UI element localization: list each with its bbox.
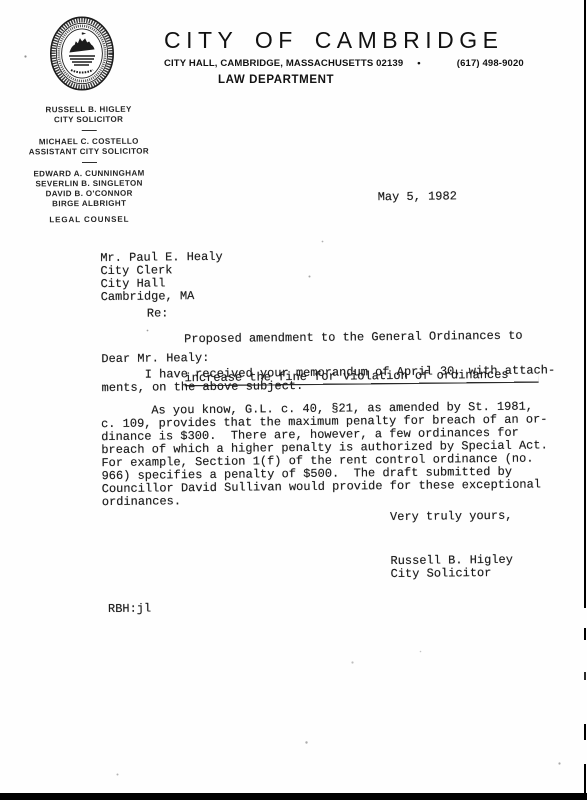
letter-date: May 5, 1982 xyxy=(378,190,457,204)
paragraph-2: As you know, G.L. c. 40, §21, as amended… xyxy=(101,400,549,509)
salutation: Dear Mr. Healy: xyxy=(101,352,209,366)
re-label: Re: xyxy=(147,307,169,320)
re-subject: Proposed amendment to the General Ordina… xyxy=(184,304,539,412)
typist-reference: RBH:jl xyxy=(108,603,151,616)
scanned-letter-page: CITY OF CAMBRIDGE CITY HALL, CAMBRIDGE, … xyxy=(0,0,587,800)
recipient-address: Mr. Paul E. Healy City Clerk City Hall C… xyxy=(100,251,223,304)
paragraph-1: I have received your memorandum of April… xyxy=(101,364,555,395)
signature-block: Russell B. Higley City Solicitor xyxy=(390,554,513,581)
letter-content: May 5, 1982 Mr. Paul E. Healy City Clerk… xyxy=(0,0,587,800)
closing: Very truly yours, xyxy=(390,510,513,524)
re-subject-line1: Proposed amendment to the General Ordina… xyxy=(184,330,538,347)
scan-speckles xyxy=(0,0,1,1)
